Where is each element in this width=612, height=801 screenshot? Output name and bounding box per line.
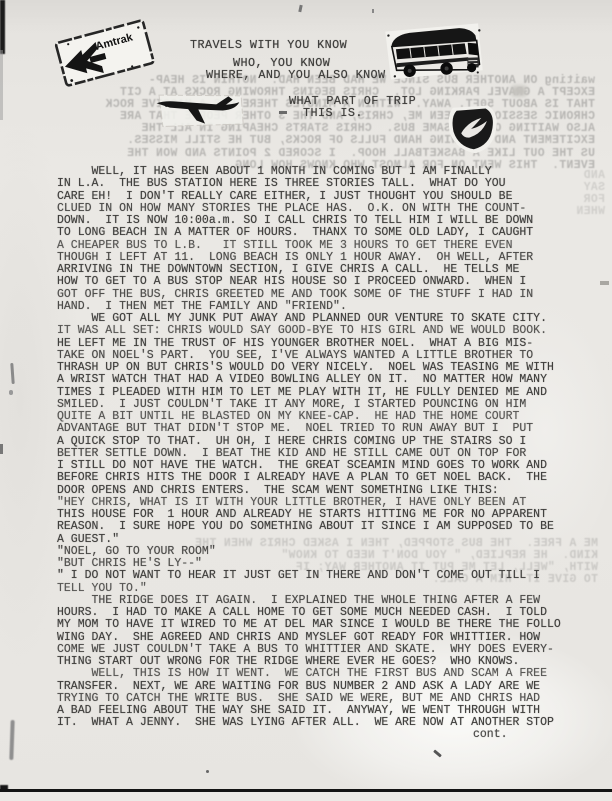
text-line: "HEY CHRIS, WHAT IS IT WITH YOUR LITTLE …	[57, 497, 561, 509]
text-line: GOT OFF THE BUS, CHRIS GREETED ME AND TO…	[57, 289, 561, 301]
page-bottom-strip	[0, 792, 612, 801]
paper-mark	[298, 5, 302, 12]
airplane-icon	[151, 85, 250, 138]
stray-dash-mark	[279, 111, 287, 114]
bleedthrough-text-header: waiting ON ANOTHER BUS SINCE WE HAD BEEN…	[20, 75, 595, 172]
text-line: BEFORE CHRIS HITS THE DOOR I ALREADY HAV…	[57, 472, 561, 484]
text-line: TRYING TO CATCH THE WRITE BUS. SHE SAID …	[57, 693, 561, 705]
scan-edge-mark	[0, 444, 3, 454]
text-line: THE RIDGE DOES IT AGAIN. I EXPLAINED THE…	[57, 595, 561, 607]
text-line: A GUEST."	[57, 534, 561, 546]
bus-icon	[381, 20, 485, 82]
text-line: "BUT CHRIS HE'S LY--"	[57, 558, 561, 570]
amtrak-train-sticker: Amtrak	[53, 17, 157, 92]
text-line: TIMES I PLEADED WITH HIM TO LET ME PLAY …	[57, 387, 561, 399]
text-line: WING DAY. SHE AGREED AND CHRIS AND MYSLE…	[57, 632, 561, 644]
text-line: BETTER SETTLE DOWN. I BEAT THE KID AND H…	[57, 448, 561, 460]
jet-airplane-sticker	[151, 85, 250, 138]
scan-edge-mark	[0, 50, 3, 120]
bird-logo-icon	[443, 102, 504, 157]
text-line: HAND. I THEN MET THE FAMILY AND "FRIEND"…	[57, 301, 561, 313]
continued-label: cont.	[473, 728, 508, 741]
text-line: THOUGH I LEFT AT 11. LONG BEACH IS ONLY …	[57, 252, 561, 264]
text-line: WELL, THIS IS HOW IT WENT. WE CATCH THE …	[57, 668, 561, 680]
scan-edge-mark	[0, 0, 5, 54]
paper-mark	[600, 281, 609, 285]
text-line: CLUED IN ON HOW MANY STORIES THE PLACE H…	[57, 203, 561, 215]
pen-mark	[10, 363, 14, 384]
text-line: TRANSFER. NEXT, WE ARE WAITING FOR BUS N…	[57, 681, 561, 693]
page-title-line: WHERE, AND YOU ALSO KNOW	[206, 68, 386, 82]
paper-mark	[433, 749, 442, 757]
page-title-line: THIS IS.	[303, 106, 363, 120]
paper-shading	[0, 0, 612, 34]
text-line: A CHEAPER BUS TO L.B. IT STILL TOOK ME 3…	[57, 240, 561, 252]
text-line: COME WE JUST COULDN'T TAKE A BUS TO WHIT…	[57, 644, 561, 656]
airline-bird-logo-sticker	[443, 102, 504, 157]
text-line: EXCITEMENT AND THROWING HAND FULLS OF RO…	[20, 135, 595, 147]
text-line: ALSO WAITING ON THE SAME BUS. CHRIS STAR…	[20, 123, 595, 135]
paper-mark	[206, 770, 209, 773]
text-line: REASON. I SURE HOPE YOU DO SOMETHING ABO…	[57, 521, 561, 533]
pen-mark	[9, 720, 14, 760]
text-line: TELL YOU TO."	[57, 583, 561, 595]
paper-smudge	[512, 86, 526, 96]
text-line: " I DO NOT WANT TO HEAR IT JUST GET IN T…	[57, 570, 561, 582]
page-title-line: TRAVELS WITH YOU KNOW	[190, 38, 347, 52]
text-line: A QUICK STOP TO THAT. UH OH, I HERE CHRI…	[57, 436, 561, 448]
text-line: TO LONG BEACH IN A MATTER OF HOURS. THAN…	[57, 227, 561, 239]
text-line: ADVANTAGE BUT THAT DIDN'T STOP ME. NOEL …	[57, 423, 561, 435]
scanned-zine-page: waiting ON ANOTHER BUS SINCE WE HAD BEEN…	[0, 0, 612, 801]
coach-bus-sticker	[381, 20, 485, 82]
pen-mark	[9, 390, 13, 395]
text-line: HE LEFT ME IN THE TRUST OF HIS YOUNGER B…	[57, 338, 561, 350]
text-line: HOW TO GET TO A BUS STOP NEAR HIS HOUSE …	[57, 276, 561, 288]
amtrak-logo-icon: Amtrak	[53, 17, 157, 92]
text-line: CARE EH! I DON'T REALLY CARE EITHER, I J…	[57, 191, 561, 203]
text-line: IN L.A. THE BUS STATION HERE IS THREE ST…	[57, 178, 561, 190]
text-line: US THE OUT LIKE A BASKETBALL HOOP. I SCO…	[20, 148, 595, 160]
text-line: TAKE ON NOEL'S PART. YOU SEE, I'VE ALWAY…	[57, 350, 561, 362]
text-line: MY MOM TO HAVE IT WIRED TO ME AT DEL MAR…	[57, 619, 561, 631]
text-line: IT WAS ALL SET: CHRIS WOULD SAY GOOD-BYE…	[57, 325, 561, 337]
text-line: A WRIST WATCH THAT HAD A VIDEO BOWLING A…	[57, 374, 561, 386]
paper-mark	[372, 9, 374, 13]
text-line: DOOR OPENS AND CHRIS ENTERS. THE SCAM WE…	[57, 485, 561, 497]
body-text: WELL, IT HAS BEEN ABOUT 1 MONTH IN COMIN…	[57, 166, 561, 730]
